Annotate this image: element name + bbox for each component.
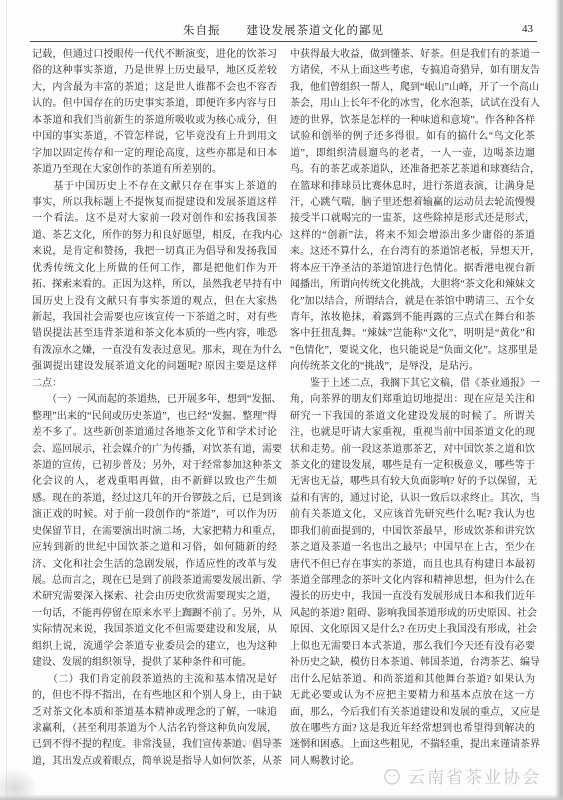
text-line: 在篮球和排球员比赛休息时，进行茶道表演，让满身是 (290, 179, 535, 195)
text-line: 有泼凉水之嫌，一直没有发表过意见。那末，现在为什么 (32, 343, 277, 359)
text-line: 本茶道和我们当前新生的茶道所吸收或为核心成分，但 (32, 113, 277, 129)
text-line: 史保留节目，在需要演出时演二场，大家把精力和重点， (32, 524, 277, 540)
text-line: 前有关茶道文化，又应该首先研究些什么呢? 我认为也 (290, 507, 535, 523)
text-line: 汗，心跳气喘，脑子里还想着输赢的运动员去轮流慢慢 (290, 195, 535, 211)
article-body: 记载，但通过口授眼传一代代不断演变，进化的饮茶习俗的这种事实茶道，乃是世界上历史… (32, 47, 535, 800)
text-line: 化”加以结合，所谓结合，就是在茶馆中聘请三、五个女 (290, 294, 535, 310)
text-line: 接受半口就喝完的一盅茶，这些除掉是形式还是形式， (290, 211, 535, 227)
scan-edge-bottom (0, 794, 563, 800)
text-line: 中国的事实茶道，不管怎样说，它毕竟没有上升到用文 (32, 129, 277, 145)
text-line: 漫长的历史中，我国一直没有发展形成日本和我们近年 (290, 589, 535, 605)
text-line: 展。总而言之，现在已是到了前段茶道需要发展出新、学 (32, 573, 277, 589)
text-line: 补历史之缺，模仿日本茶道、韩国茶道，台湾茶艺、编导 (290, 655, 535, 671)
text-line: 益和有害的，通过讨论，认识一致后以求终止。其次，当 (290, 491, 535, 507)
text-line: 唐代不但已存在事实的茶道，而且也具有构建日本最初 (290, 557, 535, 573)
text-line: 客中狂扭乱舞。“辣妹”岂能称“文化”，明明是“黄化”和 (290, 326, 535, 342)
text-line: 原因、文化原因又是什么? 在历史上我国没有形成，社会 (290, 622, 535, 638)
text-line: 事实，所以我标题上不提恢复而提建设和发展茶道这样 (32, 195, 277, 211)
text-line: 演正戏的时候。对于前一段创作的“茶道”，可以作为历 (32, 507, 277, 523)
document-page: 朱自振 建设发展茶道文化的鄙见 43 记载，但通过口授眼传一代代不断演变，进化的… (0, 0, 563, 800)
text-line: 新起，我国社会需要也应该宣传一下茶道之时，对有些 (32, 310, 277, 326)
text-line: 道”，即组织清晨遛鸟的老者，一人一壶，边喝茶边遛 (290, 146, 535, 162)
text-line: 风起的茶道? 阻碍、影响我国茶道形成的历史原因、社会 (290, 606, 535, 622)
running-header: 朱自振 建设发展茶道文化的鄙见 (32, 22, 535, 38)
text-line: 二点： (32, 376, 277, 392)
text-line: 注，也就是吁请大家重视，重视当前中国茶道文化的现 (290, 425, 535, 441)
text-line: 道、茶艺文化，所作的努力和良好愿望，相反，在我内心 (32, 228, 277, 244)
text-line: 差不多了。这些新创茶道通过各地茶文化节和学术讨论 (32, 425, 277, 441)
association-watermark-text: 云南省茶业协会 (408, 763, 541, 788)
text-line: 来说，是肯定和赞扬，我把一切真正为倡导和发扬我国 (32, 244, 277, 260)
text-line: 即我们前面提到的，中国饮茶最早，形成饮茶和讲究饮 (290, 524, 535, 540)
text-line: 上似也无需要日本式茶道，那么我们今天还有没有必要 (290, 639, 535, 655)
scan-edge-left (6, 0, 7, 800)
text-line: 来。这还不算什么，在台湾有的茶道馆老板，异想天开， (290, 244, 535, 260)
text-line: 面，那么，今后我们有关茶道建设和发展的重点，又应是 (290, 705, 535, 721)
text-line: 出什么尼姑茶道、和尚茶道和其他舞台茶道? 如果认为 (290, 672, 535, 688)
text-line: 基于中国历史上不存在文献只存在事实上茶道的 (32, 179, 277, 195)
text-line: “色情化”，要说文化，也只能说是“负面文化”。这那里是 (290, 343, 535, 359)
text-line: （二）我们肯定前段茶道热的主流和基本情况是好 (32, 672, 277, 688)
text-line: 乏对茶文化本质和茶道基本精神或理念的了解，一味追 (32, 705, 277, 721)
text-line: 术研究需要深入探索、社会由历史欣赏需要现实之道， (32, 589, 277, 605)
text-line: 放在哪些方面? 这是我近年经常想到也希望得到解决的 (290, 721, 535, 737)
scan-edge-right (555, 0, 563, 800)
text-line: 强调提出建设发展茶道文化的问题呢? 原因主要是这样 (32, 359, 277, 375)
text-line: 感。现在的茶道，经过这几年的开台锣鼓之后，已是到该 (32, 491, 277, 507)
text-line: 将本应干净圣洁的茶道馆进行色情化。据香港电视台新 (290, 261, 535, 277)
text-line: 错误提法甚至违背茶道和茶文化本质的一些内容，唯恐 (32, 326, 277, 342)
text-line: 无害也无益，哪些具有较大负面影响? 好的予以保留，无 (290, 474, 535, 490)
text-line: 济、文化和社会生活的急剧发展，作适应性的改革与发 (32, 557, 277, 573)
text-line: 优秀传统文化上所做的任何工作，都是把他们作为开 (32, 261, 277, 277)
text-line: 迷惘和困惑。上面这些粗见，不揣轻重，提出来谨请茶界 (290, 737, 535, 753)
text-line: 无此必要或认为不应把主要精力和基本点放在这一方 (290, 688, 535, 704)
text-line: 茶会，用山上长年不化的冰雪，化水泡茶，试试在没有人 (290, 96, 535, 112)
text-line: 拓、探索来看的。正因为这样，所以，虽然我老早持有中 (32, 277, 277, 293)
text-column-right: 中获得最大收益，做到懂茶、好茶。但是我们有的茶道一方诸侯，不从上面这些考虑，专搞… (290, 47, 535, 800)
page-number: 43 (522, 23, 533, 35)
text-line: 俗的这种事实茶道，乃是世界上历史最早，地区反差较 (32, 63, 277, 79)
text-line: 建设、发展的组织领导，提供了某种条件和可能。 (32, 655, 277, 671)
text-line: 青年，浓妆艳抹，着露到不能再露的三点式在舞台和茶 (290, 310, 535, 326)
text-line: 中获得最大收益，做到懂茶、好茶。但是我们有的茶道一 (290, 47, 535, 63)
text-line: 字加以固定传存和一定的理论高度，这些亦都是和日本 (32, 146, 277, 162)
text-line: 应转到新的世纪中国饮茶之道和习俗，如何随新的经 (32, 540, 277, 556)
text-line: 迹的世界，饮茶是怎样的一种味道和意境”。作各种各样 (290, 113, 535, 129)
text-line: 会、巡回展示，社会媒介的广为传播，对饮茶有道，需要 (32, 442, 277, 458)
text-line: 茶之道及茶道一名也出之最早；中国早在上古，至少在 (290, 540, 535, 556)
text-line: 这样的“创新”法，将来不知会增添出多少庸俗的茶道 (290, 228, 535, 244)
text-line: 认的。但中国存在的历史事实茶道，即便许多内容与日 (32, 96, 277, 112)
text-line: 鸟。有的茶艺或茶道队，还准备把茶艺茶道和球赛结合， (290, 162, 535, 178)
association-logo-icon (382, 766, 402, 786)
text-line: 角，向茶界的朋友们郑重迫切地提出：现在应是关注和 (290, 392, 535, 408)
library-watermark-fragment: electronic P (205, 737, 280, 749)
text-line: 向传统茶文化的“挑战”，是辱没，是玷污。 (290, 359, 535, 375)
running-author: 朱自振 (183, 22, 221, 38)
text-line: 试验和创举的例子还多得很。如有的搞什么“鸟文化茶 (290, 129, 535, 145)
text-line: 求赢利，（甚至利用茶道为个人沽名钓誉这种负向发展， (32, 721, 277, 737)
text-line: （一）一风而起的茶道热，已开展多年，想到“发掘、 (32, 392, 277, 408)
text-line: 茶道全部理念的茶叶文化内容和精神思想，但为什么在 (290, 573, 535, 589)
text-line: 国历史上没有文献只有事实茶道的观点，但在大家热 (32, 294, 277, 310)
text-line: 茶文化的建设发展，哪些是有一定积极意义，哪些等于 (290, 458, 535, 474)
text-line: 的，但也不得不指出，在有些地区和个别人身上，由于缺 (32, 688, 277, 704)
text-line: 道，其出发点或着眼点，简单说是指导人如何饮茶，从茶 (32, 754, 277, 770)
text-line: 一句话，不能再停留在原来水平上踟蹰不前了。另外，从 (32, 606, 277, 622)
text-line: 组织上说，流通学会茶道专业委员会的建立，也为这种 (32, 639, 277, 655)
text-line: 整理”出来的“民间或历史茶道”，也已经“发掘、整理”得 (32, 409, 277, 425)
text-line: 大，内含最为丰富的茶道；这是世人谁都不会也不容否 (32, 80, 277, 96)
text-column-left: 记载，但通过口授眼传一代代不断演变，进化的饮茶习俗的这种事实茶道，乃是世界上历史… (32, 47, 277, 800)
text-line: 鉴于上述二点，我搁下其它文稿，借《茶业通报》一 (290, 376, 535, 392)
text-line: 研究一下我国的茶道文化建设发展的时候了。所谓关 (290, 409, 535, 425)
text-line: 茶道乃至现在大家创作的茶道有所差别的。 (32, 162, 277, 178)
text-line: 一个看法。这不是对大家前一段对创作和宏扬我国茶 (32, 211, 277, 227)
text-line: 我，他们曾组织一帮人，爬到“岷山”山峰，开了一个高山 (290, 80, 535, 96)
running-title: 建设发展茶道文化的鄙见 (247, 22, 385, 38)
text-line: 茶道的宣传，已初步普及；另外，对于经常参加这种茶文 (32, 458, 277, 474)
association-watermark: 云南省茶业协会 (382, 763, 541, 788)
text-line: 化会议的人，老戏重唱再做，由不新鲜以致也产生烦 (32, 474, 277, 490)
text-line: 实际情况来说，我国茶道文化不但需要建设和发展，从 (32, 622, 277, 638)
text-line: 记载，但通过口授眼传一代代不断演变，进化的饮茶习 (32, 47, 277, 63)
text-line: 状和走势。前一段这茶道那茶艺，对中国饮茶之道和饮 (290, 442, 535, 458)
text-line: 闻播出，所谓向传统文化挑战，大胆将“茶文化和辣妹文 (290, 277, 535, 293)
text-line: 方诸侯，不从上面这些考虑，专搞追奇猎异，如有朋友告 (290, 63, 535, 79)
header-rule (30, 41, 537, 42)
